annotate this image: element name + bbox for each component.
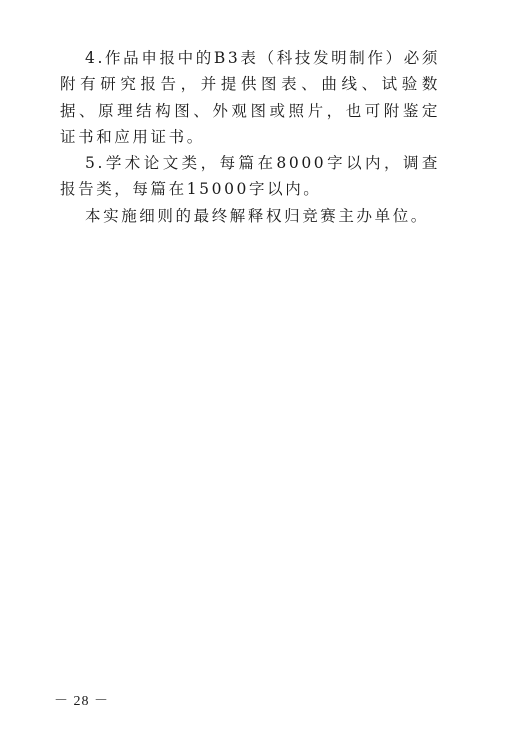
page-number: － 28 －	[54, 690, 109, 710]
paragraph-item-5: 5.学术论文类，每篇在8000字以内，调查报告类，每篇在15000字以内。	[60, 150, 440, 203]
paragraph-final-note: 本实施细则的最终解释权归竞赛主办单位。	[60, 203, 440, 229]
document-body: 4.作品申报中的B3表（科技发明制作）必须附有研究报告，并提供图表、曲线、试验数…	[60, 45, 440, 229]
paragraph-item-4: 4.作品申报中的B3表（科技发明制作）必须附有研究报告，并提供图表、曲线、试验数…	[60, 45, 440, 150]
document-page: 4.作品申报中的B3表（科技发明制作）必须附有研究报告，并提供图表、曲线、试验数…	[0, 0, 508, 730]
